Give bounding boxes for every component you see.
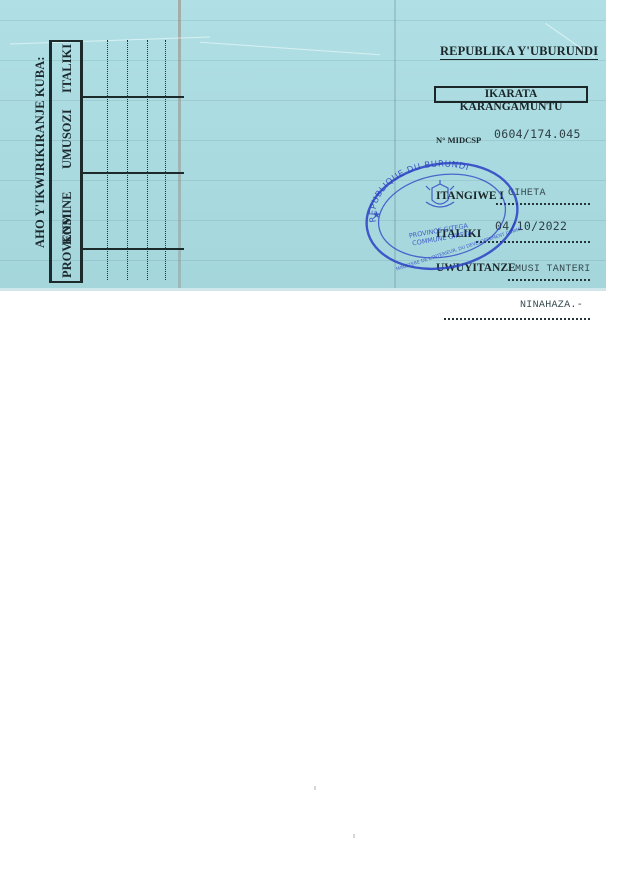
scan-speck — [353, 834, 355, 838]
field-value-issuer-name: NINAHAZA.- — [520, 300, 583, 311]
card-rule — [0, 60, 606, 61]
svg-text:REPUBLIQUE DU BURUNDI: REPUBLIQUE DU BURUNDI — [368, 160, 470, 223]
table-border-left — [49, 40, 52, 282]
card-title-box: IKARATA KARANGAMUNTU — [434, 86, 588, 103]
table-row-divider — [80, 248, 184, 250]
number-value: 0604/174.045 — [494, 127, 581, 141]
identity-card: AHO Y'IKWIRIKIRANJE KUBA: PROVENSI KOMIN… — [0, 0, 606, 288]
stamp-star-icon: ★ — [372, 210, 381, 221]
card-rule — [0, 20, 606, 21]
country-heading: REPUBLIKA Y'UBURUNDI — [440, 44, 598, 60]
table-header-divider — [80, 40, 83, 282]
number-label: N° MIDCSP — [436, 135, 481, 145]
official-stamp: REPUBLIQUE DU BURUNDI ★ PROVINCE GITEGA … — [362, 160, 522, 272]
table-dotted-row — [127, 40, 128, 280]
table-dotted-row — [165, 40, 166, 280]
crease-mark — [200, 42, 380, 56]
coat-of-arms-icon — [426, 180, 454, 207]
field-dotted-line — [444, 318, 590, 320]
table-top-edge — [49, 40, 83, 42]
table-row-divider — [80, 172, 184, 174]
table-bottom-edge — [49, 281, 83, 283]
column-header-komine: KOMINE — [60, 192, 75, 245]
field-value-issuer: MUSI TANTERI — [515, 264, 591, 275]
column-header-italiki: ITALIKI — [60, 44, 75, 93]
scan-speck — [314, 786, 316, 790]
stamp-outer-text: REPUBLIQUE DU BURUNDI — [368, 160, 470, 223]
table-dotted-row — [147, 40, 148, 280]
fold-line — [178, 0, 181, 288]
residence-table-title: AHO Y'IKWIRIKIRANJE KUBA: — [33, 56, 48, 248]
table-dotted-row — [107, 40, 108, 280]
column-header-umusozi: UMUSOZI — [60, 109, 75, 169]
field-dotted-line — [508, 279, 590, 281]
table-row-divider — [80, 96, 184, 98]
